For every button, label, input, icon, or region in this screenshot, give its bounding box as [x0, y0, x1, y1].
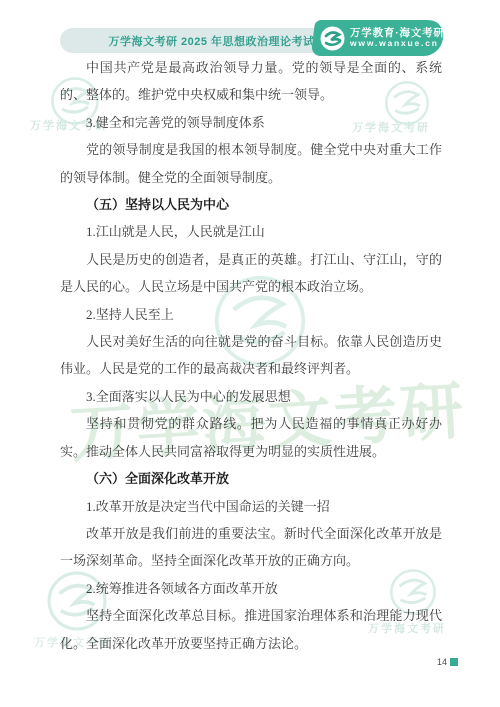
- document-body: 中国共产党是最高政治领导力量。党的领导是全面的、系统的、整体的。维护党中央权威和…: [60, 54, 442, 657]
- brand-badge: 万学教育·海文考研 www.wanxue.cn: [313, 20, 443, 56]
- banner-title: 万学海文考研 2025 年思想政治理论考试大纲: [108, 33, 337, 49]
- section-heading: （六）全面深化改革开放: [60, 465, 442, 492]
- list-item: 2.坚持人民至上: [60, 301, 442, 328]
- brand-wave-logo-icon: [320, 26, 345, 51]
- page-marker-square: [450, 658, 458, 666]
- page-number: 14: [437, 657, 447, 667]
- paragraph: 坚持和贯彻党的群众路线。把为人民造福的事情真正办好办实。推动全体人民共同富裕取得…: [60, 410, 442, 465]
- list-item: 1.江山就是人民，人民就是江山: [60, 218, 442, 245]
- page-footer: 14: [437, 657, 458, 667]
- paragraph: 坚持全面深化改革总目标。推进国家治理体系和治理能力现代化。全面深化改革开放要坚持…: [60, 602, 442, 657]
- list-item: 1.改革开放是决定当代中国命运的关键一招: [60, 493, 442, 520]
- brand-url: www.wanxue.cn: [350, 39, 445, 49]
- paragraph: 人民是历史的创造者，是真正的英雄。打江山、守江山，守的是人民的心。人民立场是中国…: [60, 246, 442, 301]
- list-item: 3.健全和完善党的领导制度体系: [60, 109, 442, 136]
- paragraph: 改革开放是我们前进的重要法宝。新时代全面深化改革开放是一场深刻革命。坚持全面深化…: [60, 520, 442, 575]
- header-banner: 万学海文考研 2025 年思想政治理论考试大纲: [60, 28, 340, 53]
- section-heading: （五）坚持以人民为中心: [60, 191, 442, 218]
- paragraph: 人民对美好生活的向往就是党的奋斗目标。依靠人民创造历史伟业。人民是党的工作的最高…: [60, 328, 442, 383]
- list-item: 2.统筹推进各领域各方面改革开放: [60, 575, 442, 602]
- paragraph: 党的领导制度是我国的根本领导制度。健全党中央对重大工作的领导体制。健全党的全面领…: [60, 136, 442, 191]
- list-item: 3.全面落实以人民为中心的发展思想: [60, 383, 442, 410]
- document-page: 万学海文考研 万学海文考研 万学海文考研 万学海文考研 万学海文考研: [0, 0, 500, 707]
- paragraph: 中国共产党是最高政治领导力量。党的领导是全面的、系统的、整体的。维护党中央权威和…: [60, 54, 442, 109]
